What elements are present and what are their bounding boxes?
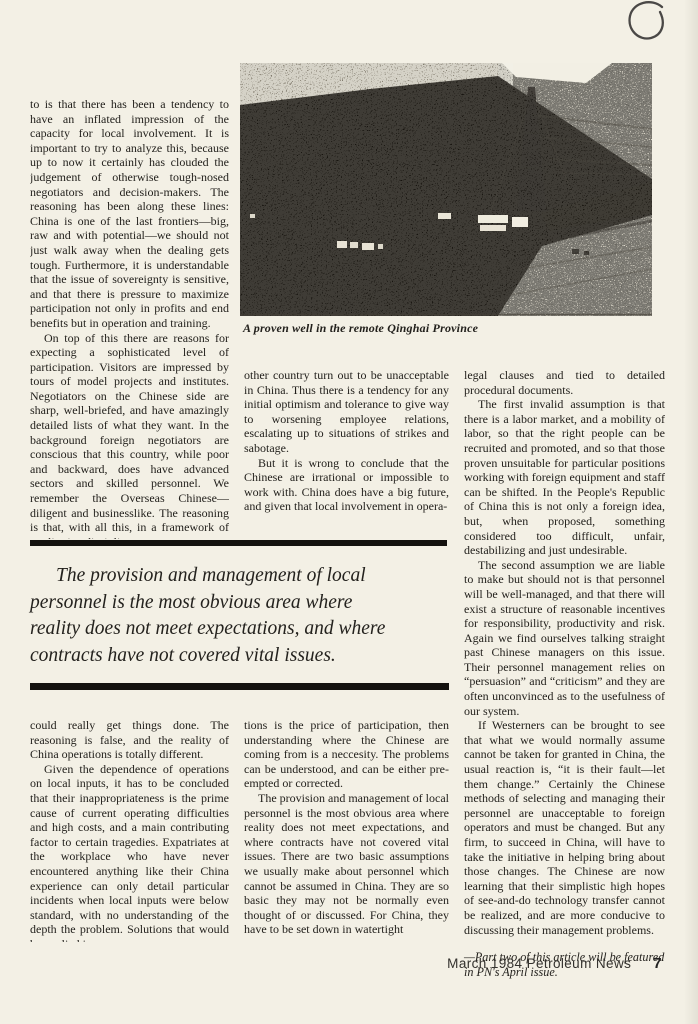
column-middle-bottom: tions is the price of participation, the… [244,718,449,942]
pull-quote-line: reality does not meet expectations, and … [30,616,449,643]
pull-quote: The provision and management of localper… [30,540,449,690]
handwritten-circle-mark [622,0,674,46]
column-left-top: to is that there has been a tendency to … [30,97,229,539]
paragraph: to is that there has been a tendency to … [30,97,229,331]
paragraph: But it is wrong to conclude that the Chi… [244,456,449,514]
paragraph: On top of this there are reasons for exp… [30,331,229,540]
magazine-page: A proven well in the remote Qinghai Prov… [0,0,698,1024]
page-footer: March 1984 Petroleum News 7 [447,955,662,972]
photo-caption: A proven well in the remote Qinghai Prov… [243,321,543,336]
paragraph: The provision and management of local pe… [244,791,449,937]
column-right: legal clauses and tied to detailed proce… [464,368,665,980]
pull-quote-line: personnel is the most obvious area where [30,590,449,617]
photo-qinghai-well [240,63,652,316]
paragraph: could really get things done. The reason… [30,718,229,762]
paragraph: The first invalid assumption is that the… [464,397,665,558]
paragraph: The second assumption we are liable to m… [464,558,665,719]
page-number: 7 [653,955,662,972]
footer-issue-title: March 1984 Petroleum News [447,956,631,971]
photo-illustration [240,63,652,316]
paragraph: If Westerners can be brought to see that… [464,718,665,937]
paragraph: other country turn out to be unacceptabl… [244,368,449,456]
column-middle-top: other country turn out to be unacceptabl… [244,368,449,514]
paragraph: tions is the price of participation, the… [244,718,449,791]
pull-quote-line: contracts have not covered vital issues. [30,643,449,670]
pull-quote-line: The provision and management of local [30,563,449,590]
column-left-bottom: could really get things done. The reason… [30,718,229,942]
paragraph: Given the dependence of operations on lo… [30,762,229,942]
pull-quote-rule-bottom [30,683,449,690]
column-right-paragraphs: legal clauses and tied to detailed proce… [464,368,665,937]
pull-quote-rule-top [30,540,447,546]
pull-quote-text: The provision and management of localper… [30,563,449,669]
paragraph: legal clauses and tied to detailed proce… [464,368,665,397]
